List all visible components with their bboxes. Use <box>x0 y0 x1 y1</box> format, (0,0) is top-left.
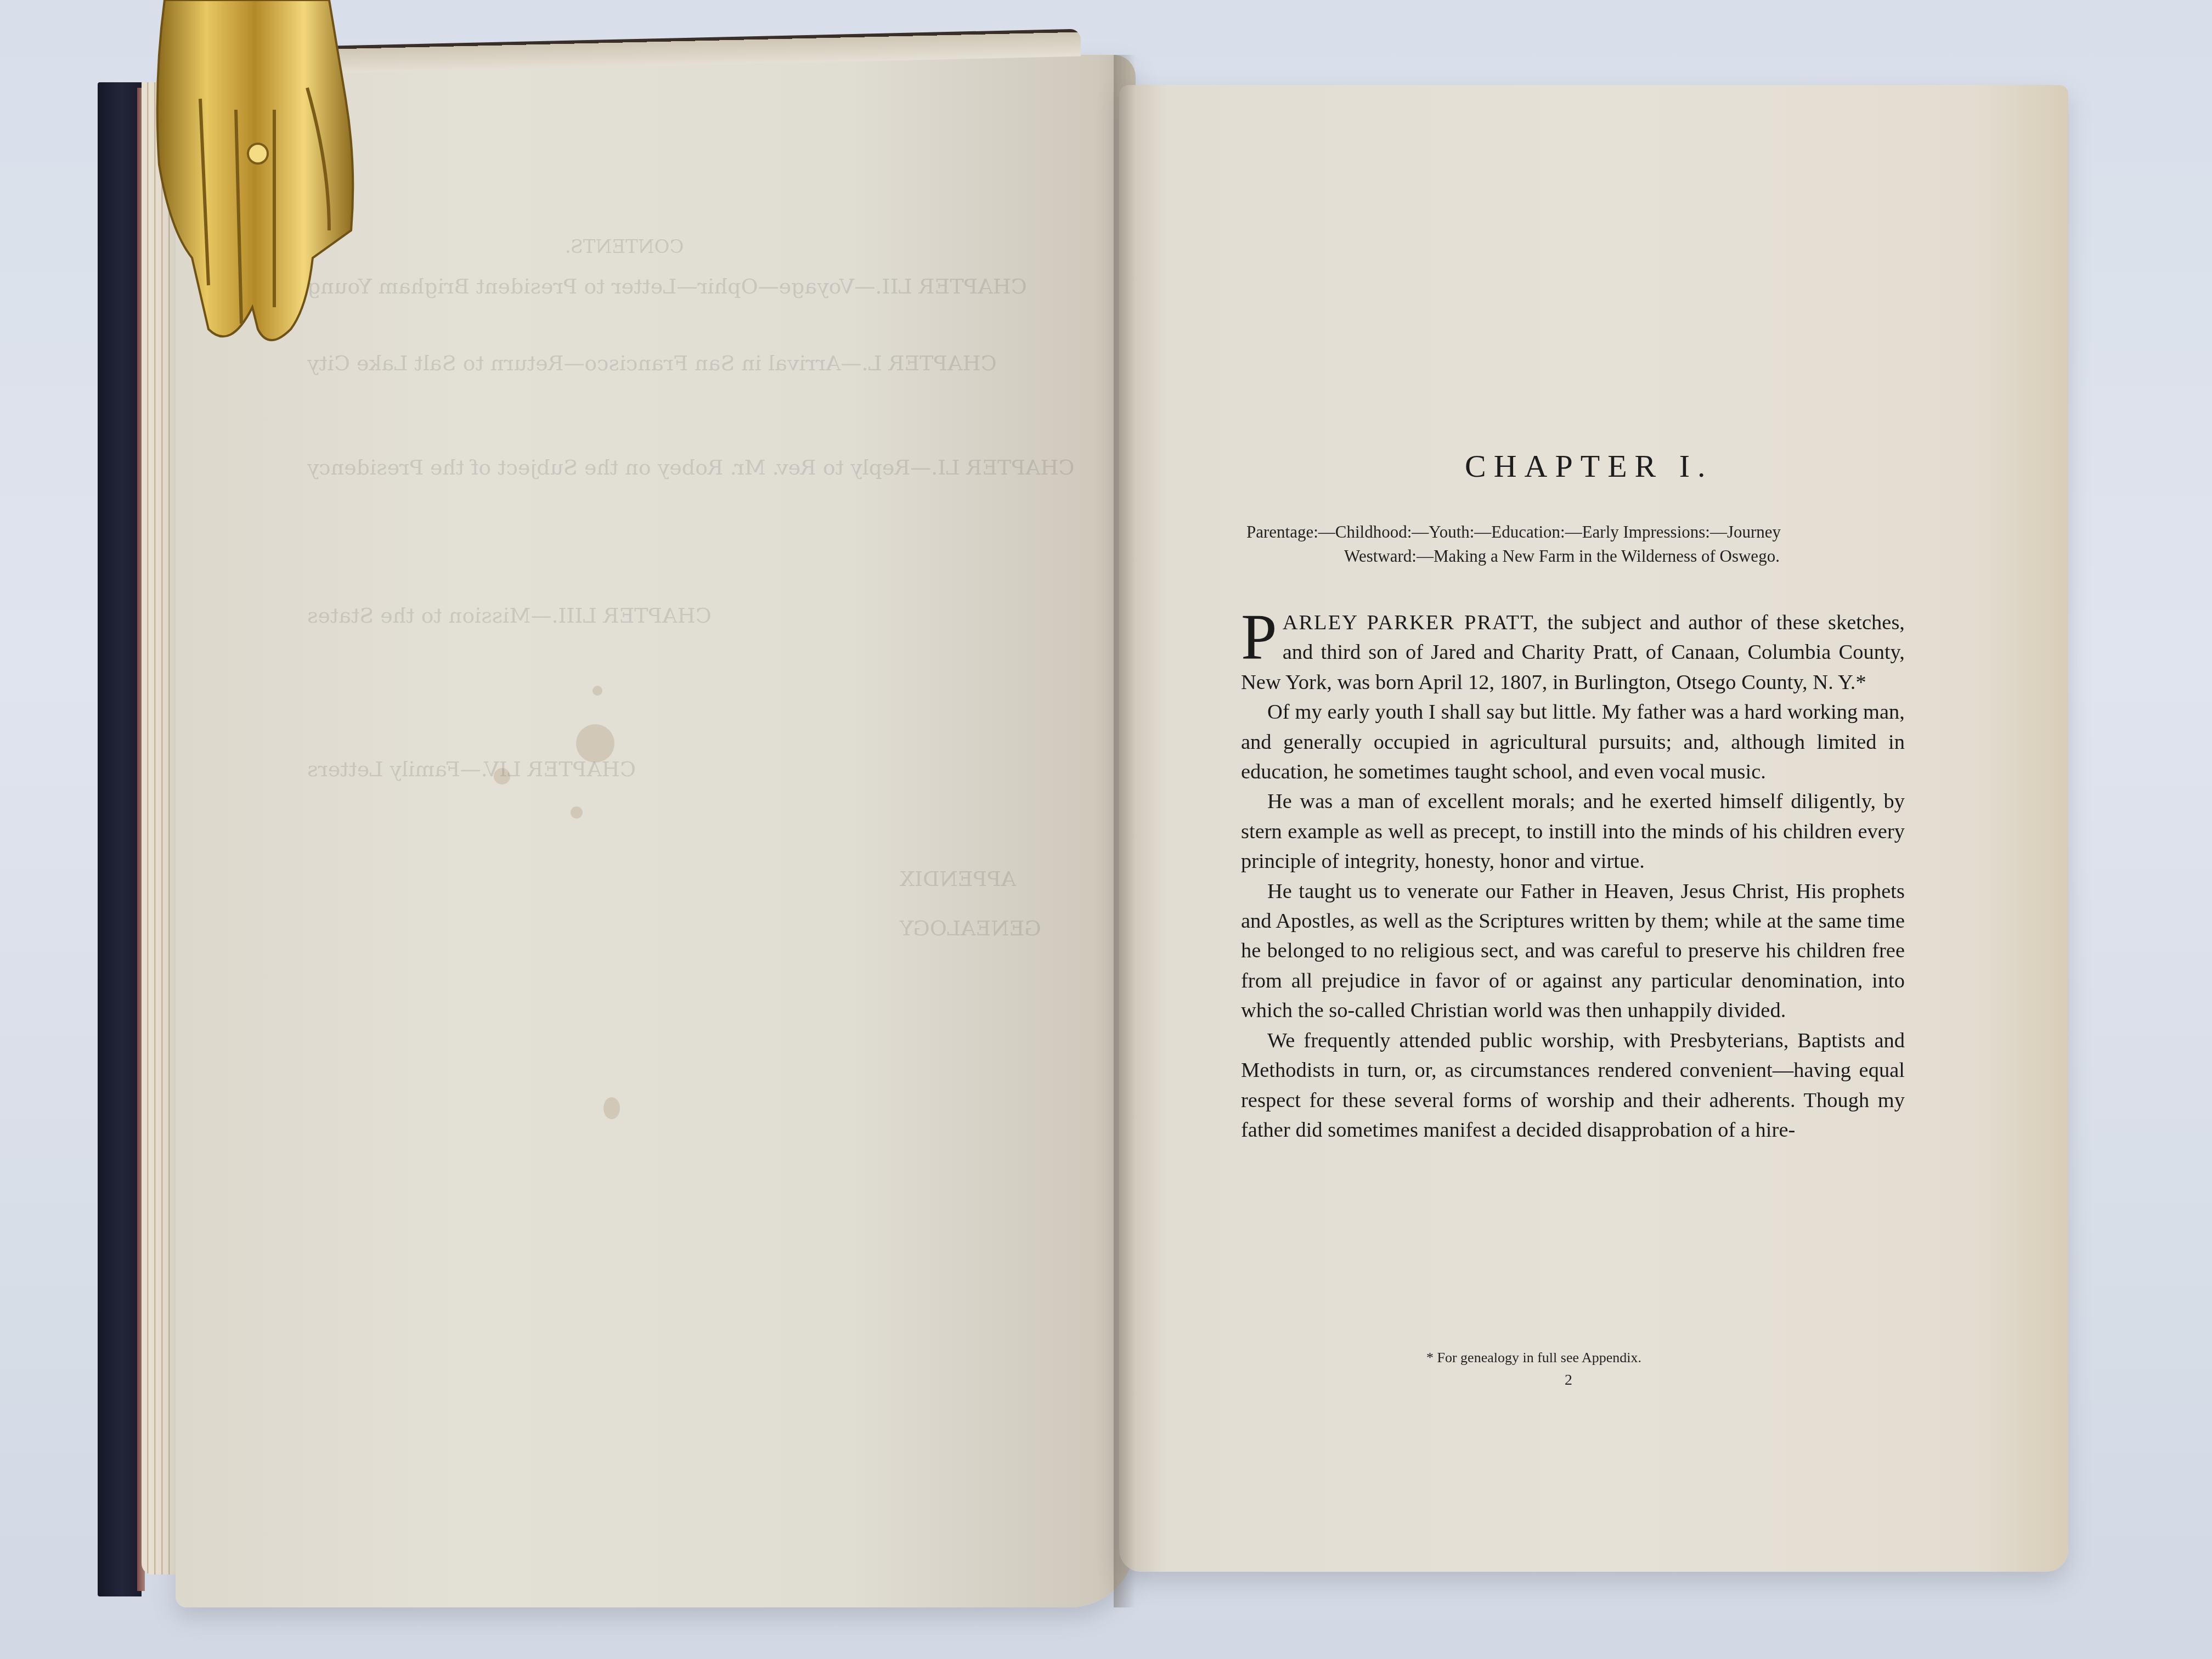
drop-cap: P <box>1241 611 1277 664</box>
opening-name: ARLEY PARKER PRATT, <box>1283 611 1539 634</box>
footnote: * For genealogy in full see Appendix. <box>1426 1350 1641 1366</box>
book-cover-spine <box>98 82 142 1596</box>
paragraph-4: He taught us to venerate our Father in H… <box>1241 877 1905 1026</box>
bleedthrough-line: APPENDIX <box>900 867 1016 891</box>
foxing-stain <box>576 724 614 763</box>
paragraph-2: Of my early youth I shall say but little… <box>1241 697 1905 787</box>
chapter-synopsis: Parentage:—Childhood:—Youth:—Education:—… <box>1246 520 1905 568</box>
paragraph-5: We frequently attended public worship, w… <box>1241 1026 1905 1145</box>
foxing-stain <box>592 686 602 696</box>
synopsis-line-1: Parentage:—Childhood:—Youth:—Education:—… <box>1246 522 1781 541</box>
book-photo: CONTENTS. CHAPTER LII.—Voyage—Ophir—Lett… <box>0 0 2212 1659</box>
bleedthrough-heading: CONTENTS. <box>565 236 684 258</box>
synopsis-line-2: Westward:—Making a New Farm in the Wilde… <box>1246 544 1905 568</box>
foxing-stain <box>571 806 583 819</box>
paragraph-3: He was a man of excellent morals; and he… <box>1241 787 1905 876</box>
book-gutter <box>1114 55 1136 1607</box>
foxing-stain <box>603 1097 620 1119</box>
bleedthrough-line: CHAPTER LI.—Reply to Rev. Mr. Robey on t… <box>307 455 1075 479</box>
chapter-body: PARLEY PARKER PRATT, the subject and aut… <box>1241 608 1905 1145</box>
brass-hand-bookmark-icon <box>148 0 368 368</box>
bleedthrough-line: CHAPTER LII.—Voyage—Ophir—Letter to Pres… <box>307 274 1027 298</box>
page-number: 2 <box>1565 1372 1572 1389</box>
bleedthrough-line: GENEALOGY <box>900 916 1041 940</box>
bleedthrough-line: CHAPTER L.—Arrival in San Francisco—Retu… <box>307 351 997 375</box>
bleedthrough-line: CHAPTER LIII.—Mission to the States <box>307 603 712 628</box>
foxing-stain <box>494 768 510 785</box>
chapter-title: CHAPTER I. <box>1465 448 1713 484</box>
paragraph-1: PARLEY PARKER PRATT, the subject and aut… <box>1241 608 1905 697</box>
